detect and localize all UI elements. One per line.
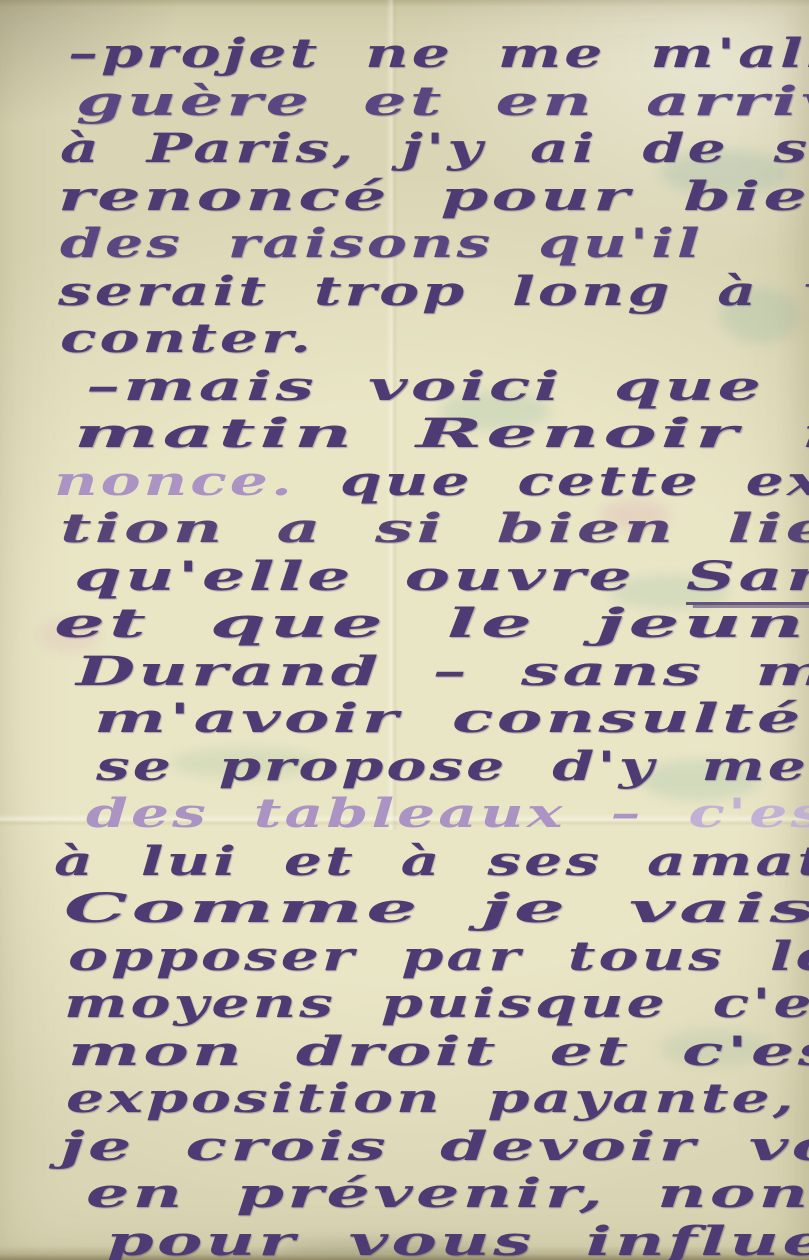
letter-line-text: Comme je vais m'y (64, 885, 809, 932)
letter-line: mon droit et c'est une (68, 1028, 809, 1076)
letter-line-text: guère et en arrivant (76, 78, 809, 125)
letter-line: pour vous influencer (106, 1218, 809, 1260)
letter-line: conter. (60, 315, 809, 363)
letter-line-text: matin Renoir m'an (74, 410, 809, 457)
letter-line: Comme je vais m'y (64, 885, 809, 933)
letter-line-text: mon droit et c'est une (68, 1028, 809, 1075)
letter-line-text: à lui et à ses amateurs (54, 838, 809, 885)
letter-line-text: renoncé pour bien (58, 173, 809, 220)
letter-line: matin Renoir m'an (74, 410, 809, 458)
letter-line-text: exposition payante, (66, 1075, 797, 1122)
letter-line-text-faded: des tableaux – (86, 790, 688, 837)
letter-line: exposition payante, (66, 1075, 809, 1123)
letter-line: tion a si bien lieu (60, 505, 809, 553)
letter-line-text-faded: c'est ma (688, 790, 809, 837)
letter-line-text: et que le jeune (54, 600, 809, 647)
letter-line-text: conter. (60, 315, 314, 362)
letter-line-text: je crois devoir vous (60, 1123, 809, 1170)
letter-line-text: m'avoir consulté (94, 695, 804, 742)
letter-line: des raisons qu'il (60, 220, 809, 268)
letter-line: –projet ne me m'allait (68, 30, 809, 78)
letter-line: Durand – sans même (76, 648, 809, 696)
letter-line: qu'elle ouvre Samedi (74, 553, 809, 601)
underlined-word: Samedi (686, 553, 809, 605)
letter-line-text: moyens puisque c'est (64, 980, 809, 1027)
letter-line: des tableaux – c'est ma (86, 790, 809, 838)
letter-line: à lui et à ses amateurs (54, 838, 809, 886)
letter-line-text: –mais voici que ce (86, 363, 809, 410)
letter-line: serait trop long à vous (58, 268, 809, 316)
letter-line: moyens puisque c'est (64, 980, 809, 1028)
letter-line: et que le jeune (54, 600, 809, 648)
letter-line: guère et en arrivant (76, 78, 809, 126)
letter-line-text: à Paris, j'y ai de suite (60, 125, 809, 172)
letter-line-text: pour vous influencer (106, 1218, 809, 1260)
letter-page: –projet ne me m'allait guère et en arriv… (0, 0, 809, 1260)
letter-line-text: des raisons qu'il (60, 220, 703, 267)
letter-line-text-faded: nonce. (54, 458, 295, 505)
letter-line: opposer par tous les (68, 933, 809, 981)
letter-line-text: se propose d'y mettre (96, 743, 809, 790)
letter-line: m'avoir consulté (94, 695, 809, 743)
handwritten-letter-body: –projet ne me m'allait guère et en arriv… (0, 0, 809, 1260)
letter-line: renoncé pour bien (58, 173, 809, 221)
letter-line-text: opposer par tous les (68, 933, 809, 980)
letter-line-text: serait trop long à vous (58, 268, 809, 315)
letter-line-text: tion a si bien lieu (60, 505, 809, 552)
letter-line-text: Durand – sans même (76, 648, 809, 695)
letter-line-text: –projet ne me m'allait (68, 30, 809, 77)
letter-line: –mais voici que ce (86, 363, 809, 411)
letter-line: nonce. que cette exposi (54, 458, 809, 506)
letter-line: en prévenir, non (86, 1170, 809, 1218)
letter-line-text: que cette exposi (295, 458, 809, 505)
letter-line: je crois devoir vous (60, 1123, 809, 1171)
letter-line: se propose d'y mettre (96, 743, 809, 791)
letter-line-text: qu'elle ouvre (74, 553, 686, 600)
letter-line: à Paris, j'y ai de suite (60, 125, 809, 173)
letter-line-text: en prévenir, non (86, 1170, 809, 1217)
